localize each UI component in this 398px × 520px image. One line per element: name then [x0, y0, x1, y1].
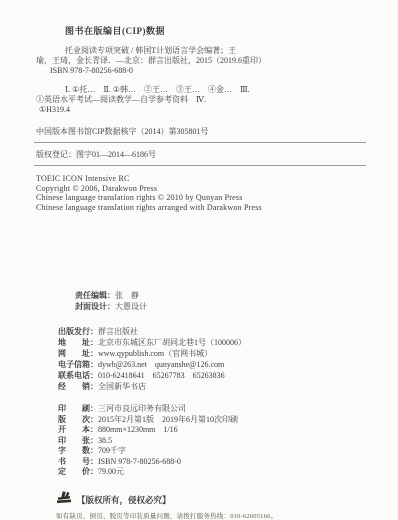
phone-label: 联系电话： — [58, 370, 98, 381]
credit-label: 责任编辑： — [75, 290, 115, 301]
email-value: dywh@263.net qunyanshe@126.com — [98, 359, 224, 370]
phone-value: 010-62418641 65267783 65263836 — [98, 370, 225, 381]
booknumber-label: 书 号： — [58, 457, 98, 468]
credit-label: 封面设计： — [75, 301, 115, 312]
english-copyright-line: Copyright © 2006, Darakwon Press — [36, 184, 368, 194]
email-row: 电子信箱： dywh@263.net qunyanshe@126.com — [58, 359, 368, 370]
credits-block: 责任编辑： 张 静 封面设计： 大愚设计 — [75, 290, 368, 312]
credit-value: 大愚设计 — [115, 301, 147, 312]
website-label: 网 址： — [58, 348, 98, 359]
copyright-registration: 版权登记：图字01—2014—6186号 — [36, 150, 368, 160]
credit-row: 封面设计： 大愚设计 — [75, 301, 368, 312]
distribution-row: 经 销： 全国新华书店 — [58, 381, 368, 392]
cip-classification: Ⅰ. ①托… Ⅱ. ①韩… ②王… ③王… ④金… Ⅲ. ①英语水平考试—阅读教… — [36, 85, 368, 115]
printing-block: 印 刷： 三河市良远印务有限公司 版 次： 2015年2月第1版 2019年6月… — [58, 404, 368, 478]
printer-row: 印 刷： 三河市良远印务有限公司 — [58, 404, 368, 415]
english-copyright-block: TOEIC ICON Intensive RC Copyright © 2006… — [36, 174, 368, 212]
printer-label: 印 刷： — [58, 404, 98, 415]
sheets-label: 印 张： — [58, 436, 98, 447]
isbn-line: ISBN 978-7-80256-688-0 — [50, 66, 368, 76]
price-label: 定 价： — [58, 467, 98, 478]
website-row: 网 址： www.qypublish.com（官网书城） — [58, 348, 368, 359]
price-value: 79.00元 — [98, 467, 124, 478]
english-rights-line: Chinese language translation rights © 20… — [36, 193, 368, 203]
wordcount-row: 字 数： 709千字 — [58, 446, 368, 457]
address-row: 地 址： 北京市东城区东厂胡同北巷1号（100006） — [58, 337, 368, 348]
classification-line: ①英语水平考试—阅读教学—自学参考资料 Ⅳ. — [36, 95, 368, 105]
cip-line: 托业阅读专项突破 / 韩国T计划语言学会编著；王 — [65, 46, 368, 56]
divider — [34, 142, 366, 143]
printer-value: 三河市良远印务有限公司 — [98, 404, 186, 415]
distribution-label: 经 销： — [58, 381, 98, 392]
english-title-line: TOEIC ICON Intensive RC — [36, 174, 368, 184]
edition-label: 版 次： — [58, 415, 98, 426]
cip-record-number: 中国版本图书馆CIP数据核字（2014）第305801号 — [36, 127, 368, 137]
phone-row: 联系电话： 010-62418641 65267783 65263836 — [58, 370, 368, 381]
wordcount-value: 709千字 — [98, 446, 126, 457]
website-value: www.qypublish.com（官网书城） — [98, 348, 212, 359]
format-row: 开 本： 880mm×1230mm 1/16 — [58, 425, 368, 436]
classification-line: Ⅰ. ①托… Ⅱ. ①韩… ②王… ③王… ④金… Ⅲ. — [65, 85, 368, 95]
distribution-value: 全国新华书店 — [98, 381, 146, 392]
sheets-value: 38.5 — [98, 436, 112, 447]
divider — [34, 165, 366, 166]
address-value: 北京市东城区东厂胡同北巷1号（100006） — [98, 337, 246, 348]
cip-line: 瑜，王琦，金长青译．—北京：群言出版社，2015（2019.6重印） — [36, 56, 368, 66]
email-label: 电子信箱： — [58, 359, 98, 370]
cip-header: 图书在版编目(CIP)数据 — [65, 24, 368, 37]
copyright-notice-row: 【版权所有，侵权必究】 — [56, 491, 368, 509]
booknumber-row: 书 号： ISBN 978-7-80256-688-0 — [58, 457, 368, 468]
price-row: 定 价： 79.00元 — [58, 467, 368, 478]
publisher-row: 出版发行： 群言出版社 — [58, 326, 368, 337]
edition-value: 2015年2月第1版 2019年6月第10次印刷 — [98, 415, 238, 426]
publisher-block: 出版发行： 群言出版社 地 址： 北京市东城区东厂胡同北巷1号（100006） … — [58, 326, 368, 392]
wordcount-label: 字 数： — [58, 446, 98, 457]
copyright-notice: 【版权所有，侵权必究】 — [77, 494, 171, 506]
publisher-value: 群言出版社 — [98, 326, 138, 337]
format-label: 开 本： — [58, 425, 98, 436]
classification-line: ①H319.4 — [39, 105, 368, 115]
booknumber-value: ISBN 978-7-80256-688-0 — [98, 457, 181, 468]
quality-hotline-note: 如有缺页、倒页、脱页等印装质量问题，请拨打服务热线：010-62605166。 — [56, 511, 368, 520]
copyright-page: 图书在版编目(CIP)数据 托业阅读专项突破 / 韩国T计划语言学会编著；王 瑜… — [0, 0, 398, 520]
edition-row: 版 次： 2015年2月第1版 2019年6月第10次印刷 — [58, 415, 368, 426]
address-label: 地 址： — [58, 337, 98, 348]
credit-value: 张 静 — [115, 290, 139, 301]
books-stack-icon — [56, 491, 73, 509]
credit-row: 责任编辑： 张 静 — [75, 290, 368, 301]
english-rights-line: Chinese language translation rights arra… — [36, 203, 368, 213]
publisher-label: 出版发行： — [58, 326, 98, 337]
format-value: 880mm×1230mm 1/16 — [98, 425, 178, 436]
sheets-row: 印 张： 38.5 — [58, 436, 368, 447]
cip-bibliography: 托业阅读专项突破 / 韩国T计划语言学会编著；王 瑜，王琦，金长青译．—北京：群… — [36, 46, 368, 76]
